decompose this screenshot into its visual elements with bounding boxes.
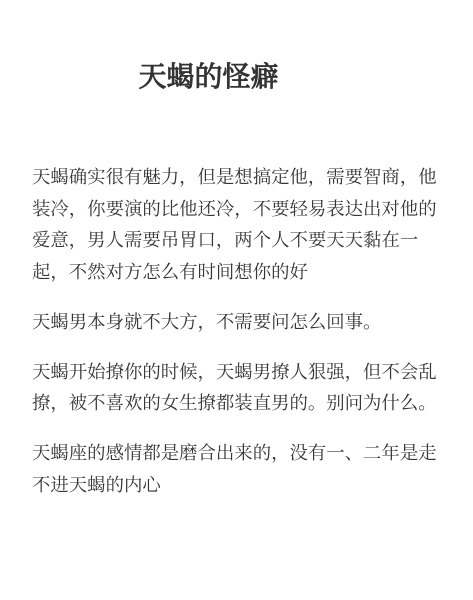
paragraph-line: 不进天蝎的内心 [32,470,442,502]
paragraph-line: 撩，被不喜欢的女生撩都装直男的。别问为什么。 [32,388,442,420]
paragraph-line: 起，不然对方怎么有时间想你的好 [32,257,442,289]
paragraph-2: 天蝎男本身就不大方，不需要问怎么回事。 [32,307,442,339]
paragraph-1: 天蝎确实很有魅力，但是想搞定他，需要智商，他 装冷，你要演的比他还冷，不要轻易表… [32,162,442,288]
paragraph-line: 天蝎开始撩你的时候，天蝎男撩人狠强，但不会乱 [32,357,442,389]
paragraph-line: 爱意，男人需要吊胃口，两个人不要天天黏在一 [32,225,442,257]
paragraph-line: 装冷，你要演的比他还冷，不要轻易表达出对他的 [32,194,442,226]
article-title: 天蝎的怪癖 [0,60,417,94]
article-body: 天蝎确实很有魅力，但是想搞定他，需要智商，他 装冷，你要演的比他还冷，不要轻易表… [32,162,442,520]
paragraph-4: 天蝎座的感情都是磨合出来的，没有一、二年是走 不进天蝎的内心 [32,438,442,501]
paragraph-line: 天蝎座的感情都是磨合出来的，没有一、二年是走 [32,438,442,470]
paragraph-line: 天蝎男本身就不大方，不需要问怎么回事。 [32,307,442,339]
paragraph-line: 天蝎确实很有魅力，但是想搞定他，需要智商，他 [32,162,442,194]
paragraph-3: 天蝎开始撩你的时候，天蝎男撩人狠强，但不会乱 撩，被不喜欢的女生撩都装直男的。别… [32,357,442,420]
